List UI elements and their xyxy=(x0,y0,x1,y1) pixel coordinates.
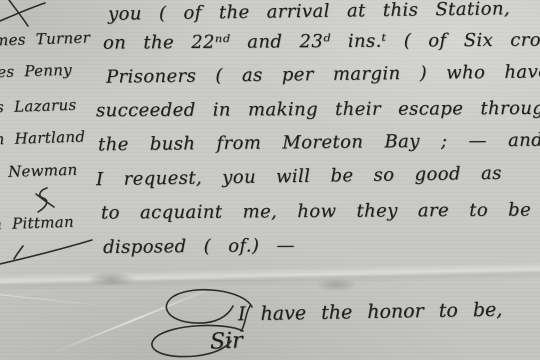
margin-name-hartland: m Hartland xyxy=(0,128,85,149)
margin-name-lazarus: s Lazarus xyxy=(0,96,77,117)
diagonal-crease xyxy=(52,285,220,354)
body-line-4: succeeded in making their escape through xyxy=(96,98,540,121)
body-line-7: to acquaint me, how they are to be xyxy=(101,199,531,223)
margin-name-turner: mes Turner xyxy=(0,28,90,49)
ink-smudge-stain xyxy=(316,278,358,292)
diagonal-crease-left xyxy=(0,293,120,308)
body-line-8: disposed ( of.) — xyxy=(103,235,295,258)
margin-name-penny: les Penny xyxy=(0,61,72,82)
margin-tick-line-icon xyxy=(14,246,23,259)
closing-sir-line: Sir xyxy=(210,328,243,354)
horizontal-fold-crease xyxy=(0,262,540,293)
body-line-3: Prisoners ( as per margin ) who have xyxy=(106,61,540,87)
body-line-6: I request, you will be so good as xyxy=(96,163,502,190)
closing-honor-line: I have the honor to be, xyxy=(238,299,503,326)
scanned-letter-page: mes Turner les Penny s Lazarus m Hartlan… xyxy=(0,0,540,360)
margin-name-newman: n Newman xyxy=(0,161,78,182)
margin-paraph-mark-icon xyxy=(36,194,54,207)
body-line-2: on the 22ⁿᵈ and 23ᵈ ins.ᵗ ( of Six crown xyxy=(103,29,540,53)
corner-cross-mark-icon xyxy=(0,3,45,21)
body-line-1: you ( of the arrival at this Station, xyxy=(108,0,510,25)
margin-tick-line-icon xyxy=(0,240,92,264)
margin-name-pittman: n Pittman xyxy=(0,213,74,234)
ink-smudge-stain xyxy=(86,272,136,286)
corner-cross-mark-icon xyxy=(9,0,28,26)
margin-paraph-mark-icon xyxy=(38,188,47,212)
body-line-5: the bush from Moreton Bay ; — and xyxy=(98,130,540,156)
